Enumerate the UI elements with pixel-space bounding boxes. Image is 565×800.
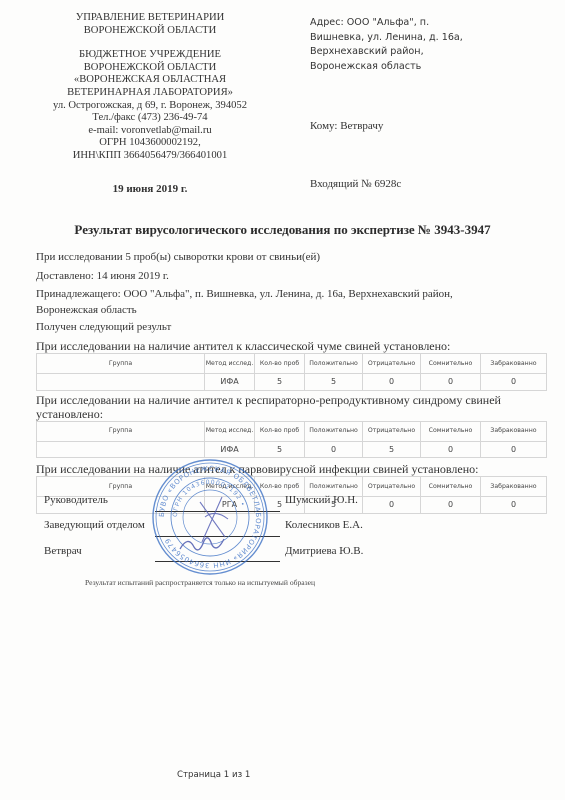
cell-doubtful: 0 xyxy=(421,441,481,458)
inst-line: ВЕТЕРИНАРНАЯ ЛАБОРАТОРИЯ» xyxy=(30,87,270,100)
official-stamp-icon: БУВО «ВОРОНЕЖСКАЯ ОБЛВЕТЛАБОРАТОРИЯ» ИНН… xyxy=(150,457,270,577)
org-line: ВОРОНЕЖСКОЙ ОБЛАСТИ xyxy=(30,25,270,38)
table-row: ИФА 5 0 5 0 0 xyxy=(37,441,547,458)
cell-group xyxy=(37,373,205,390)
document-body: При исследовании 5 проб(ы) сыворотки кро… xyxy=(36,250,536,514)
col-negative: Отрицательно xyxy=(363,421,421,441)
inst-line: ВОРОНЕЖСКОЙ ОБЛАСТИ xyxy=(30,62,270,75)
cell-rejected: 0 xyxy=(481,497,547,514)
cell-method: ИФА xyxy=(205,441,255,458)
address-line: Верхнехавский район, xyxy=(310,45,550,60)
results-table: Группа Метод исслед. Кол-во проб Положит… xyxy=(36,353,547,391)
incoming-number: Входящий № 6928с xyxy=(310,178,401,190)
page-number: Страница 1 из 1 xyxy=(177,770,250,780)
document-date: 19 июня 2019 г. xyxy=(30,183,270,196)
section-label: При исследовании на наличие антител к ре… xyxy=(36,393,516,421)
col-positive: Положительно xyxy=(305,421,363,441)
table-header-row: Группа Метод исслед. Кол-во проб Положит… xyxy=(37,353,547,373)
col-doubtful: Сомнительно xyxy=(421,421,481,441)
col-rejected: Забракованно xyxy=(481,353,547,373)
cell-negative: 0 xyxy=(363,373,421,390)
table-header-row: Группа Метод исслед. Кол-во проб Положит… xyxy=(37,421,547,441)
address-line: Воронежская область xyxy=(310,60,550,75)
sender-email: e-mail: voronvetlab@mail.ru xyxy=(30,125,270,138)
col-doubtful: Сомнительно xyxy=(421,353,481,373)
inst-line: «ВОРОНЕЖСКАЯ ОБЛАСТНАЯ xyxy=(30,74,270,87)
recipient-to: Кому: Ветврачу xyxy=(310,120,383,132)
sender-address: ул. Острогожская, д 69, г. Воронеж, 3940… xyxy=(22,100,278,113)
signature-name: Дмитриева Ю.В. xyxy=(285,545,363,557)
org-line: УПРАВЛЕНИЕ ВЕТЕРИНАРИИ xyxy=(30,12,270,25)
cell-positive: 5 xyxy=(305,373,363,390)
col-count: Кол-во проб xyxy=(255,421,305,441)
col-method: Метод исслед. xyxy=(205,421,255,441)
disclaimer-note: Результат испытаний распространяется тол… xyxy=(85,578,315,587)
section-label: При исследовании на наличие атител к пар… xyxy=(36,462,536,476)
cell-doubtful: 0 xyxy=(421,373,481,390)
results-table: Группа Метод исслед. Кол-во проб Положит… xyxy=(36,421,547,459)
address-line: Вишневка, ул. Ленина, д. 16а, xyxy=(310,31,550,46)
signature-role: Ветврач xyxy=(44,545,82,557)
signature-name: Колесников Е.А. xyxy=(285,519,363,531)
samples-text: При исследовании 5 проб(ы) сыворотки кро… xyxy=(36,250,536,266)
sender-phone: Тел./факс (473) 236-49-74 xyxy=(30,112,270,125)
sender-header: УПРАВЛЕНИЕ ВЕТЕРИНАРИИ ВОРОНЕЖСКОЙ ОБЛАС… xyxy=(30,12,270,195)
cell-rejected: 0 xyxy=(481,373,547,390)
svg-text:ОГРН 1043600002192 •: ОГРН 1043600002192 • xyxy=(172,479,246,517)
sender-inn: ИНН\КПП 3664056479/366401001 xyxy=(30,150,270,163)
col-rejected: Забракованно xyxy=(481,477,547,497)
address-line: Адрес: ООО "Альфа", п. xyxy=(310,16,550,31)
signature-role: Заведующий отделом xyxy=(44,519,145,531)
sender-ogrn: ОГРН 1043600002192, xyxy=(30,137,270,150)
owner-text: Принадлежащего: ООО "Альфа", п. Вишневка… xyxy=(36,287,506,318)
cell-positive: 0 xyxy=(305,441,363,458)
col-group: Группа xyxy=(37,421,205,441)
table-row: ИФА 5 5 0 0 0 xyxy=(37,373,547,390)
col-negative: Отрицательно xyxy=(363,353,421,373)
signature-name: Шумский Ю.Н. xyxy=(285,494,358,506)
cell-doubtful: 0 xyxy=(421,497,481,514)
col-doubtful: Сомнительно xyxy=(421,477,481,497)
document-title: Результат вирусологического исследования… xyxy=(30,222,535,238)
result-intro: Получен следующий результ xyxy=(36,320,536,336)
col-negative: Отрицательно xyxy=(363,477,421,497)
cell-count: 5 xyxy=(255,441,305,458)
col-method: Метод исслед. xyxy=(205,353,255,373)
cell-group xyxy=(37,441,205,458)
cell-method: ИФА xyxy=(205,373,255,390)
section-label: При исследовании на наличие антител к кл… xyxy=(36,339,536,353)
col-count: Кол-во проб xyxy=(255,353,305,373)
col-group: Группа xyxy=(37,353,205,373)
delivered-text: Доставлено: 14 июня 2019 г. xyxy=(36,269,536,285)
cell-negative: 0 xyxy=(363,497,421,514)
cell-count: 5 xyxy=(255,373,305,390)
cell-negative: 5 xyxy=(363,441,421,458)
cell-rejected: 0 xyxy=(481,441,547,458)
recipient-address: Адрес: ООО "Альфа", п. Вишневка, ул. Лен… xyxy=(310,16,550,74)
col-positive: Положительно xyxy=(305,353,363,373)
col-rejected: Забракованно xyxy=(481,421,547,441)
signature-role: Руководитель xyxy=(44,494,108,506)
inst-line: БЮДЖЕТНОЕ УЧРЕЖДЕНИЕ xyxy=(30,49,270,62)
